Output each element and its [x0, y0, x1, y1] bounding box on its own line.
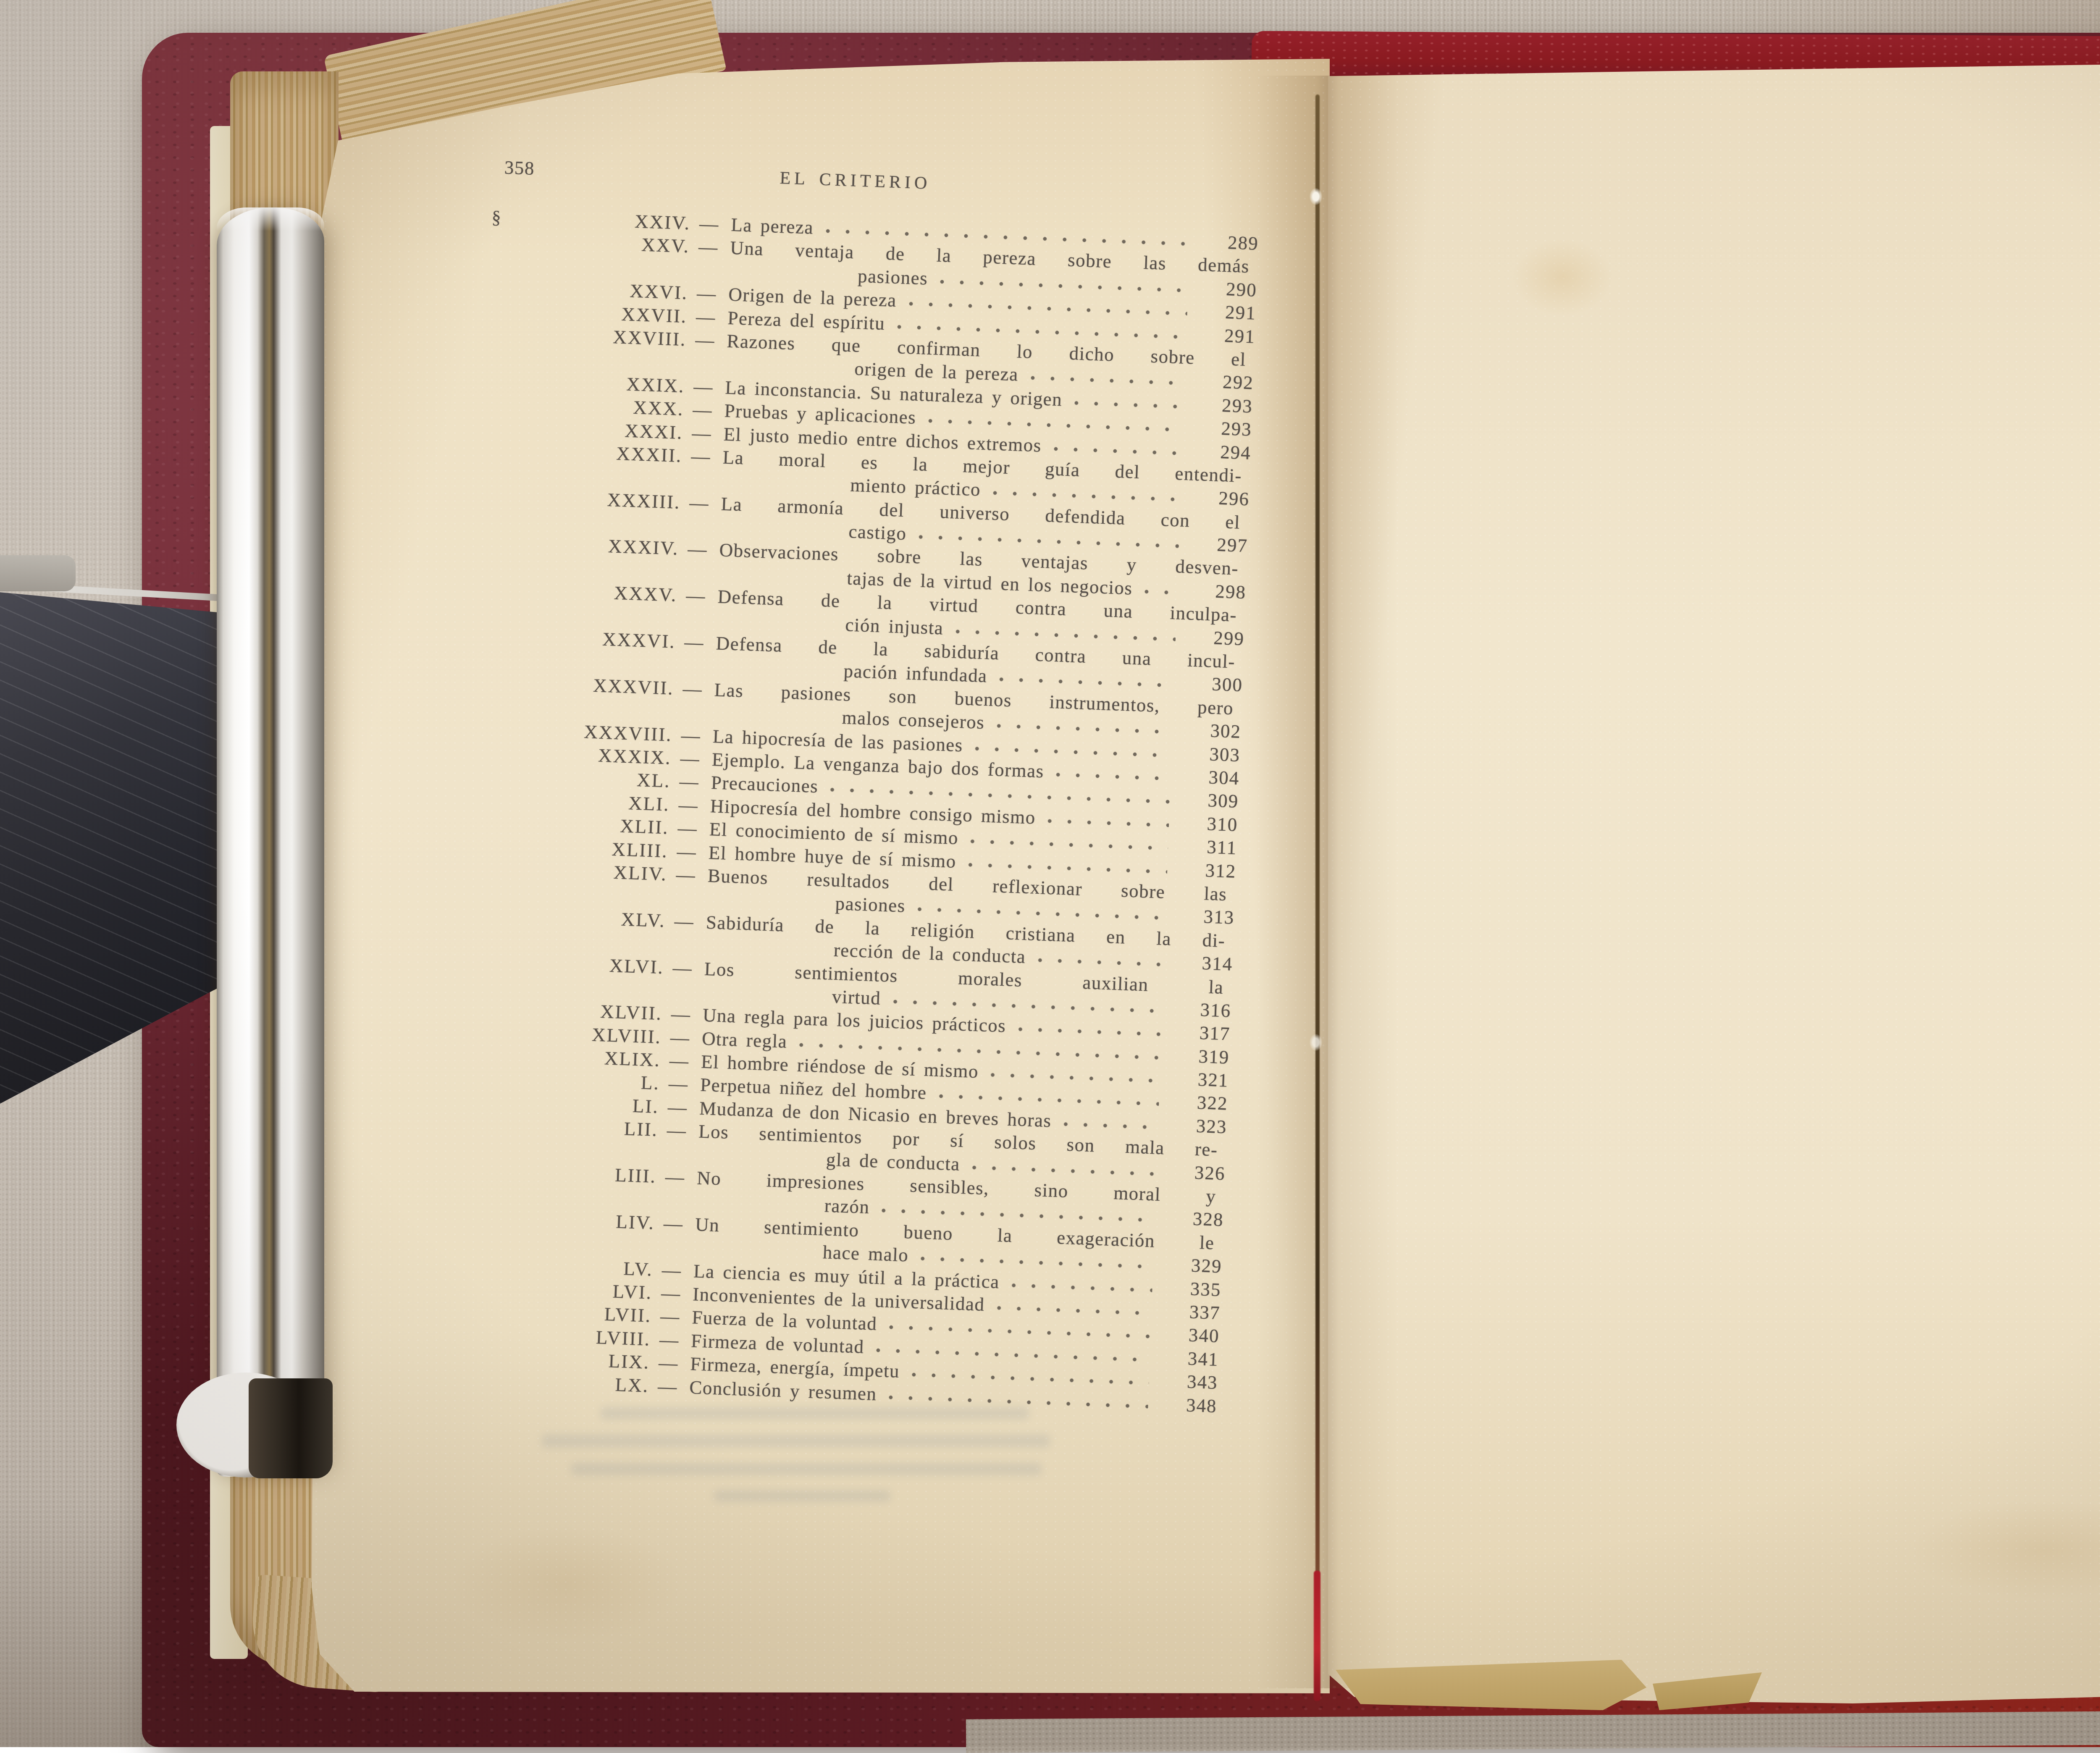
gutter-shadow	[1256, 76, 1399, 1688]
toc-page-number: 313	[1171, 904, 1235, 930]
toc-page-number: 341	[1155, 1346, 1219, 1372]
toc-page-number: 328	[1160, 1206, 1224, 1232]
toc-page-number: 314	[1169, 950, 1233, 976]
toc-title: Otra regla	[701, 1027, 787, 1053]
toc-page-number: 316	[1168, 997, 1231, 1023]
toc-page-number: 299	[1181, 625, 1245, 651]
toc-page-number: 340	[1156, 1323, 1220, 1348]
toc-page-number: 294	[1188, 439, 1252, 465]
section-mark: §	[491, 205, 502, 229]
toc-page-number: 302	[1178, 718, 1242, 744]
binding-stitch-knot	[1310, 1034, 1322, 1051]
toc-title-continuation: hace malo	[822, 1241, 909, 1267]
toc-page-number: 291	[1192, 323, 1256, 349]
toc-page-number: 298	[1183, 579, 1247, 604]
toc-page-number: 343	[1155, 1369, 1218, 1395]
toc-page-number: 348	[1154, 1392, 1218, 1418]
toc-page-number: 323	[1164, 1113, 1228, 1139]
book-photo-scene: 358 EL CRITERIO §XXIV. — La pereza289XXV…	[0, 0, 2100, 1747]
left-clamp-foot-shadow	[249, 1378, 333, 1478]
dot-leader	[1061, 1110, 1158, 1136]
toc-title-continuation: razón	[824, 1194, 870, 1219]
paper-texture	[1328, 63, 2100, 1703]
toc-page-number: 329	[1159, 1253, 1223, 1278]
binding-stitch-knot	[1310, 188, 1322, 205]
left-clamp-top-cap	[217, 207, 324, 237]
toc-page-number: 293	[1189, 416, 1252, 441]
toc-page-number: 317	[1167, 1021, 1231, 1046]
toc-page-number: 337	[1157, 1299, 1221, 1325]
toc-page-number: 319	[1166, 1044, 1230, 1069]
toc-page-number: 303	[1177, 741, 1241, 767]
toc-page-number: 311	[1173, 835, 1237, 860]
dot-leader	[1142, 577, 1178, 601]
dot-leader	[1072, 388, 1184, 416]
left-clamp-bar	[217, 207, 324, 1477]
toc-title-continuation: ción injusta	[845, 613, 944, 640]
toc-page-number: 304	[1176, 765, 1240, 790]
toc-page-number: 300	[1179, 672, 1243, 697]
toc-page-number: 291	[1193, 300, 1257, 325]
toc-title-continuation: virtud	[832, 985, 881, 1010]
show-through-text	[542, 1434, 1050, 1448]
toc-page-number: 292	[1190, 370, 1254, 395]
toc-page-number: 312	[1173, 858, 1236, 883]
toc-page-number: 289	[1195, 230, 1259, 255]
toc-page-number: 326	[1162, 1160, 1226, 1186]
toc-title-continuation: castigo	[848, 520, 907, 545]
spine-red-lining	[1314, 1571, 1320, 1701]
gutter-crease	[1315, 94, 1320, 1590]
toc-list: §XXIV. — La pereza289XXV. — Una ventaja …	[455, 205, 1259, 1418]
toc-page-number: 290	[1194, 276, 1257, 302]
folio-number: 358	[504, 157, 535, 180]
left-clamp-tab	[0, 555, 76, 591]
toc-title-continuation: pasiones	[835, 892, 906, 918]
toc-page-number: 322	[1164, 1090, 1228, 1116]
toc-page-number: 310	[1174, 811, 1238, 837]
show-through-text	[714, 1490, 890, 1502]
toc-page-number: 293	[1189, 393, 1253, 418]
right-page-blank	[1328, 63, 2100, 1703]
toc-title: La pereza	[731, 213, 814, 239]
toc-title: Precauciones	[711, 771, 819, 798]
printed-text-block: 358 EL CRITERIO §XXIV. — La pereza289XXV…	[455, 156, 1261, 1418]
dot-leader	[1054, 760, 1171, 787]
toc-page-number: 335	[1158, 1276, 1222, 1302]
toc-page-number: 297	[1184, 532, 1248, 558]
toc-page-number: 321	[1165, 1067, 1229, 1092]
toc-page-number: 309	[1175, 788, 1239, 814]
toc-title-continuation: pasiones	[857, 265, 928, 290]
show-through-text	[571, 1463, 1042, 1475]
toc-page-number: 296	[1186, 485, 1250, 511]
